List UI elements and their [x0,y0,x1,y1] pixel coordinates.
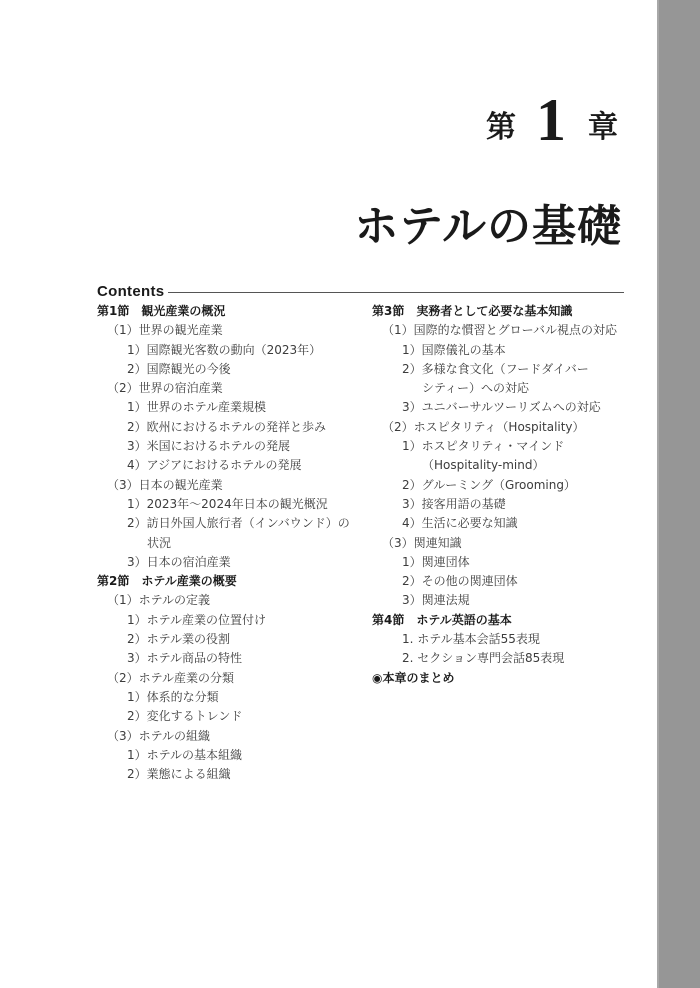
toc-item-subsub: 1）世界のホテル産業規模 [97,398,357,417]
toc-item-section: 第4節ホテル英語の基本 [372,611,632,630]
section-number: 第4節 [372,611,404,630]
chapter-number: 第 1 章 [486,92,618,148]
toc-item-sub: （3）日本の観光産業 [97,476,357,495]
section-number: 第3節 [372,302,404,321]
toc-item-subsub: 2）国際観光の今後 [97,360,357,379]
chapter-num: 1 [536,92,566,148]
contents-heading: Contents [97,283,164,300]
toc-item-subsub: 1）ホテルの基本組織 [97,746,357,765]
toc-item-label: （2）ホテル産業の分類 [107,671,234,685]
toc-item-label: 実務者として必要な基本知識 [416,304,572,318]
toc-item-label: 1）世界のホテル産業規模 [127,400,266,414]
toc-item-label: ホテル産業の概要 [141,574,236,588]
toc-item-label: （3）日本の観光産業 [107,478,223,492]
toc-item-label: 2）業態による組織 [127,767,231,781]
toc-item-subsub: 2）変化するトレンド [97,707,357,726]
toc-item-label: 3）ユニバーサルツーリズムへの対応 [402,400,601,414]
toc-item-subsub: 3）関連法規 [372,591,632,610]
toc-item-label: ◉本章のまとめ [372,671,454,685]
toc-item-subsub: 2）多様な食文化（フードダイバーシティー）への対応 [372,360,632,399]
toc-item-subsub: 1）国際儀礼の基本 [372,341,632,360]
chapter-title: ホテルの基礎 [354,190,622,254]
section-number: 第1節 [97,302,129,321]
toc-item-sub: （1）国際的な慣習とグローバル視点の対応 [372,321,632,340]
section-number: 第2節 [97,572,129,591]
toc-item-label: （1）ホテルの定義 [107,593,210,607]
toc-item-label: 2）欧州におけるホテルの発祥と歩み [127,420,326,434]
toc-item-sub: （3）ホテルの組織 [97,727,357,746]
toc-item-label: （1）世界の観光産業 [107,323,223,337]
toc-item-label: 1）体系的な分類 [127,690,219,704]
toc-item-label: 1）ホスピタリティ・マインド [402,439,564,453]
toc-item-subsub: 1）2023年～2024年日本の観光概況 [97,495,357,514]
toc-item-summary: ◉本章のまとめ [372,669,632,688]
toc-item-continuation: （Hospitality-mind） [402,456,632,475]
toc-left-column: 第1節観光産業の概況（1）世界の観光産業1）国際観光客数の動向（2023年）2）… [97,302,357,784]
toc-item-label: 2）変化するトレンド [127,709,242,723]
toc-item-label: 3）ホテル商品の特性 [127,651,242,665]
toc-item-sub: （3）関連知識 [372,534,632,553]
toc-item-label: 3）接客用語の基礎 [402,497,506,511]
toc-item-sub: （2）ホスピタリティ（Hospitality） [372,418,632,437]
toc-item-sub: （2）ホテル産業の分類 [97,669,357,688]
toc-item-label: 2. セクション専門会話85表現 [402,651,564,665]
toc-item-label: 2）訪日外国人旅行者（インバウンド）の [127,516,350,530]
toc-item-subsub: 2）その他の関連団体 [372,572,632,591]
toc-item-subsub: 1）国際観光客数の動向（2023年） [97,341,357,360]
toc-item-label: 観光産業の概況 [141,304,225,318]
toc-item-sub: （2）世界の宿泊産業 [97,379,357,398]
toc-item-label: 4）生活に必要な知識 [402,516,518,530]
toc-item-subsub: 3）接客用語の基礎 [372,495,632,514]
toc-item-section: 第1節観光産業の概況 [97,302,357,321]
toc-item-subsub: 3）米国におけるホテルの発展 [97,437,357,456]
toc-item-section: 第2節ホテル産業の概要 [97,572,357,591]
toc-item-subsub: 1）関連団体 [372,553,632,572]
toc-item-label: 1）ホテルの基本組織 [127,748,242,762]
toc-item-subsub: 1）体系的な分類 [97,688,357,707]
toc-item-label: 2）国際観光の今後 [127,362,231,376]
toc-item-subsub: 2）業態による組織 [97,765,357,784]
toc-item-subsub: 3）ユニバーサルツーリズムへの対応 [372,398,632,417]
toc-item-subsub: 2）グルーミング（Grooming） [372,476,632,495]
toc-item-label: （2）世界の宿泊産業 [107,381,223,395]
toc-item-subsub: 4）生活に必要な知識 [372,514,632,533]
chapter-prefix: 第 [486,108,516,148]
toc-item-label: 1. ホテル基本会話55表現 [402,632,540,646]
toc-item-subsub: 3）ホテル商品の特性 [97,649,357,668]
toc-item-label: 1）国際儀礼の基本 [402,343,506,357]
toc-item-subsub: 2）欧州におけるホテルの発祥と歩み [97,418,357,437]
toc-item-label: ホテル英語の基本 [416,613,511,627]
toc-item-sub: （1）ホテルの定義 [97,591,357,610]
toc-item-label: 1）ホテル産業の位置付け [127,613,266,627]
toc-item-label: （2）ホスピタリティ（Hospitality） [382,420,585,434]
toc-item-sub: （1）世界の観光産業 [97,321,357,340]
toc-item-label: 2）その他の関連団体 [402,574,518,588]
toc-item-label: 3）関連法規 [402,593,470,607]
toc-item-label: 1）2023年～2024年日本の観光概況 [127,497,328,511]
toc-item-subsub: 2）ホテル業の役割 [97,630,357,649]
toc-item-label: 3）米国におけるホテルの発展 [127,439,290,453]
toc-item-label: （3）ホテルの組織 [107,729,210,743]
toc-right-column: 第3節実務者として必要な基本知識（1）国際的な慣習とグローバル視点の対応1）国際… [372,302,632,688]
chapter-suffix: 章 [588,108,618,148]
toc-item-label: 2）グルーミング（Grooming） [402,478,576,492]
toc-item-continuation: 状況 [127,534,357,553]
toc-item-label: 2）ホテル業の役割 [127,632,230,646]
toc-item-label: 4）アジアにおけるホテルの発展 [127,458,302,472]
toc-item-plain: 1. ホテル基本会話55表現 [372,630,632,649]
toc-item-subsub: 3）日本の宿泊産業 [97,553,357,572]
toc-item-label: 2）多様な食文化（フードダイバー [402,362,589,376]
toc-item-subsub: 1）ホスピタリティ・マインド（Hospitality-mind） [372,437,632,476]
contents-rule [168,292,624,293]
toc-item-label: 1）国際観光客数の動向（2023年） [127,343,321,357]
toc-item-plain: 2. セクション専門会話85表現 [372,649,632,668]
toc-item-label: （1）国際的な慣習とグローバル視点の対応 [382,323,617,337]
toc-item-subsub: 2）訪日外国人旅行者（インバウンド）の状況 [97,514,357,553]
toc-item-label: 3）日本の宿泊産業 [127,555,231,569]
contents-header: Contents [97,283,624,300]
toc-item-subsub: 1）ホテル産業の位置付け [97,611,357,630]
toc-item-label: 1）関連団体 [402,555,470,569]
side-tab-strip [657,0,700,988]
toc-item-section: 第3節実務者として必要な基本知識 [372,302,632,321]
toc-item-subsub: 4）アジアにおけるホテルの発展 [97,456,357,475]
toc-item-continuation: シティー）への対応 [402,379,632,398]
toc-item-label: （3）関連知識 [382,536,462,550]
